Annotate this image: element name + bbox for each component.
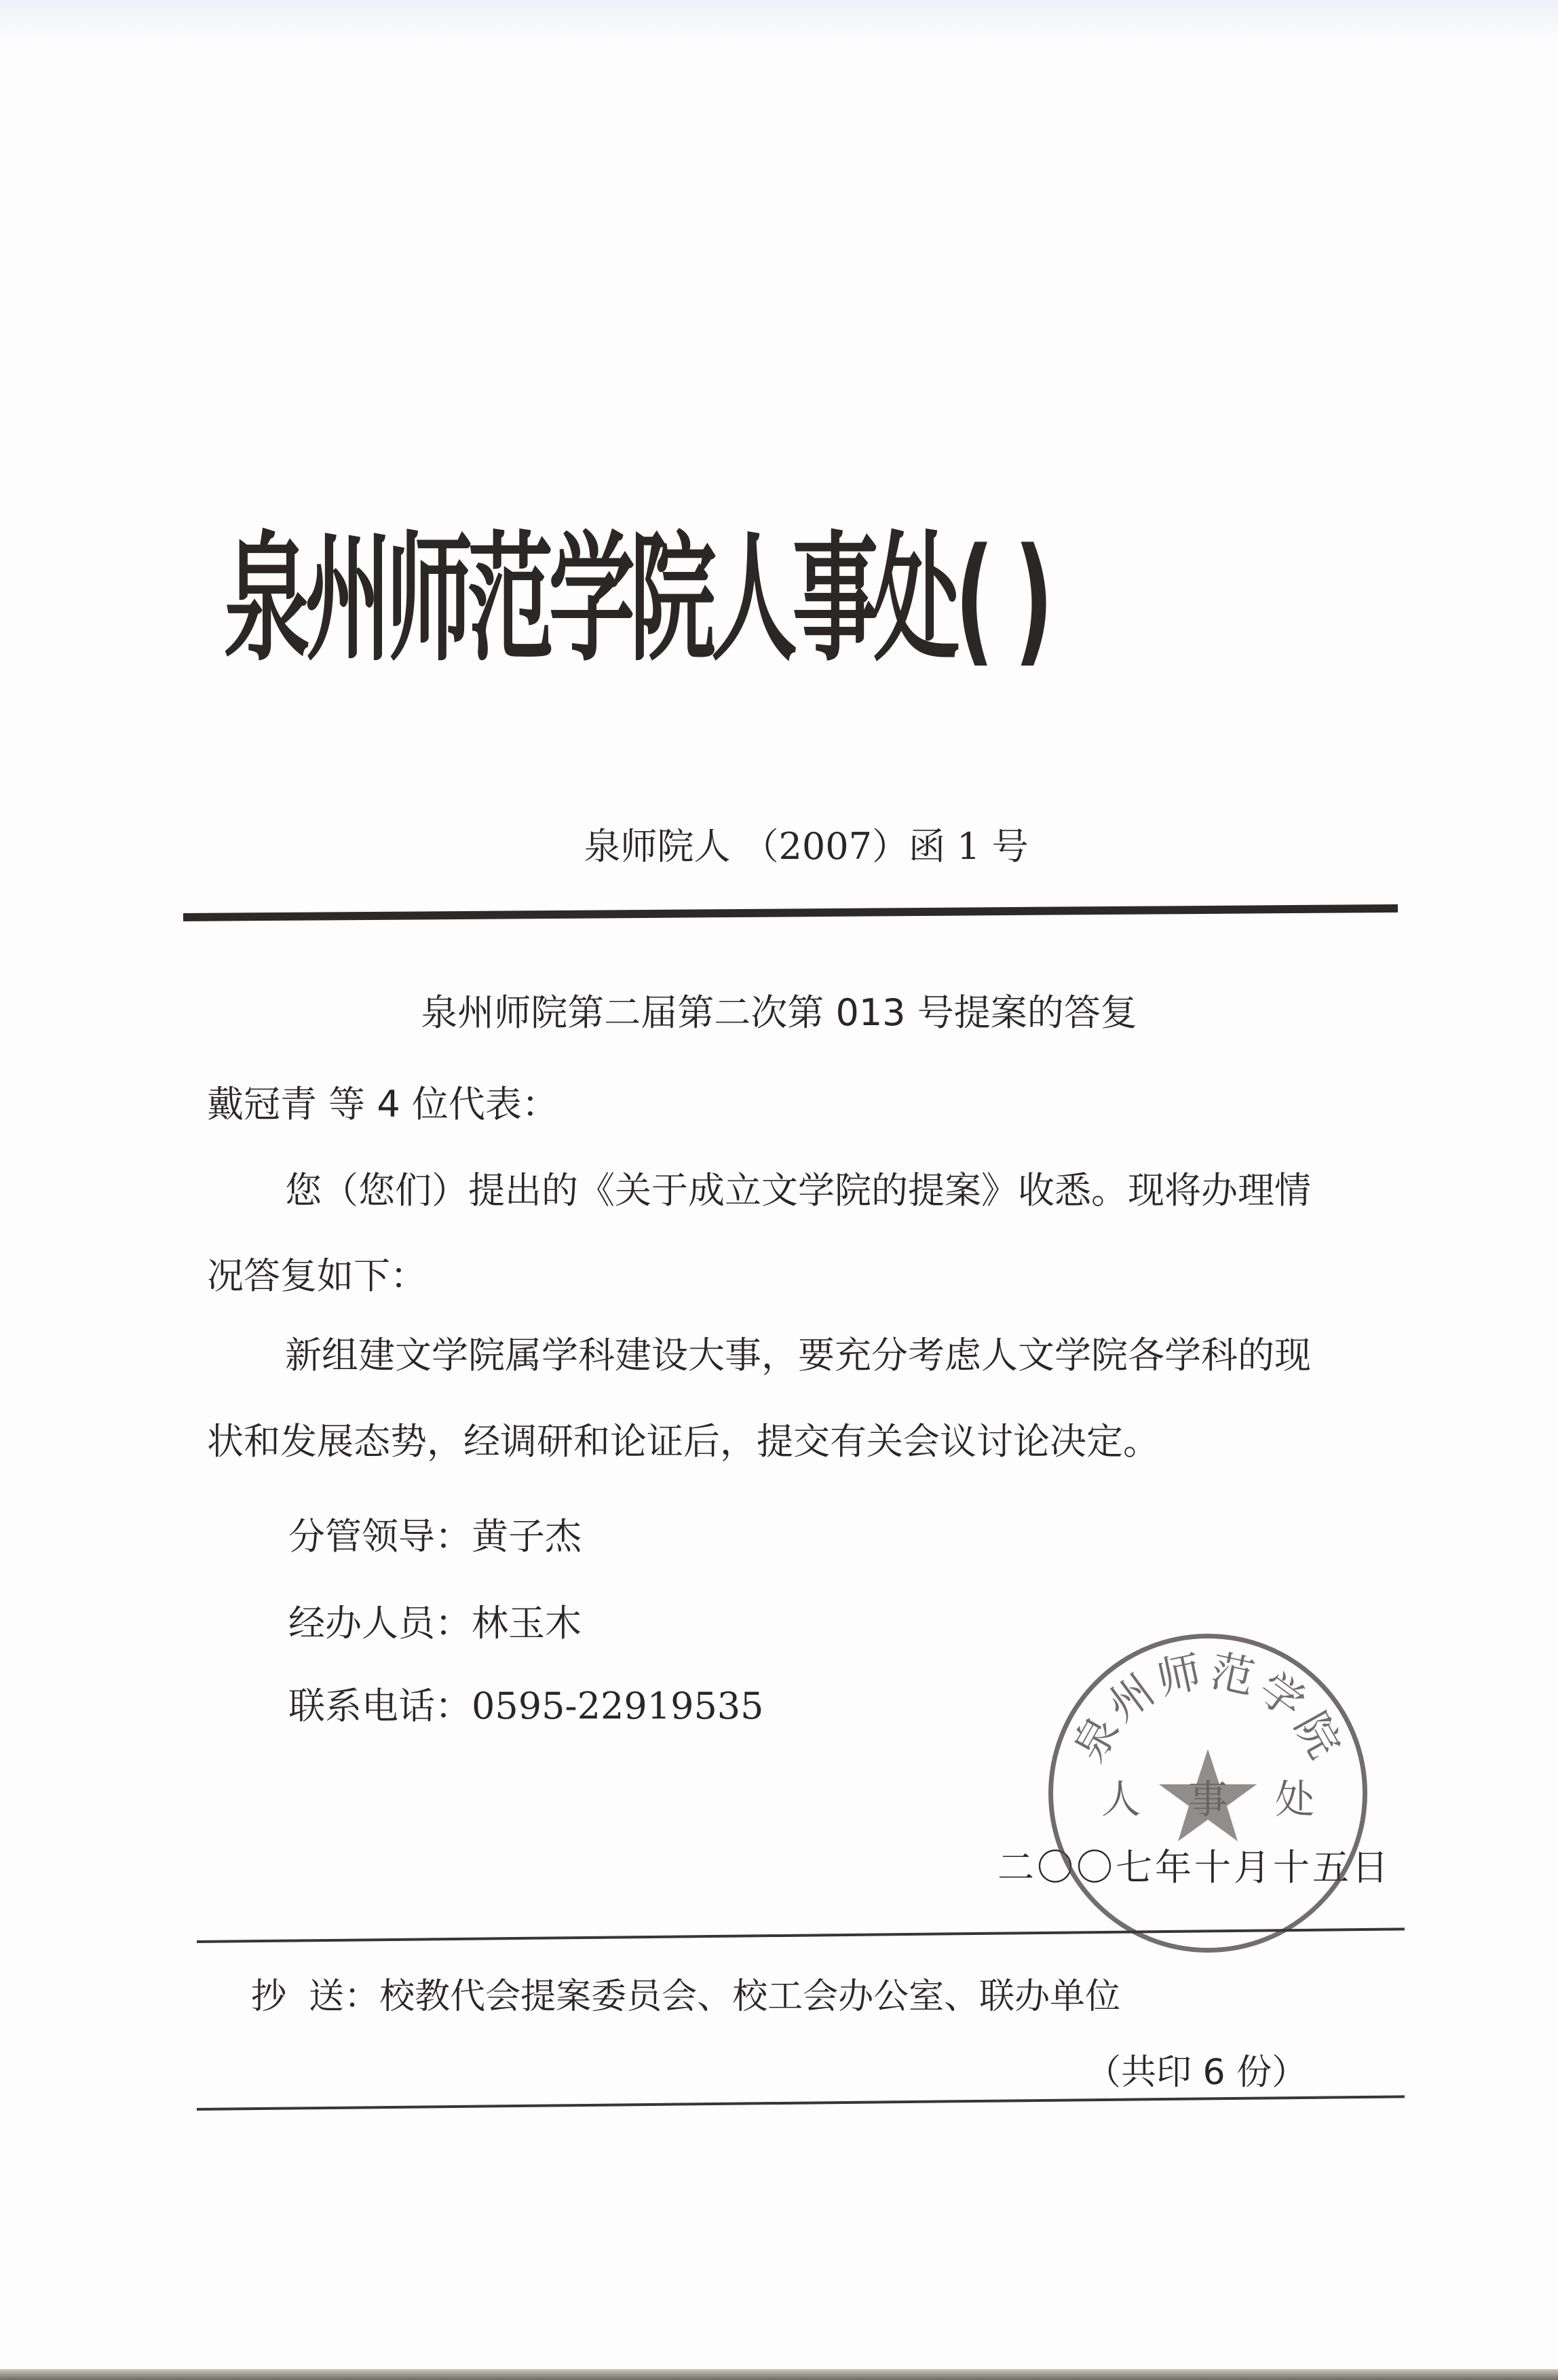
paragraph-1-line-1: 您（您们）提出的《关于成立文学院的提案》收悉。现将办理情 bbox=[285, 1162, 1479, 1214]
signature-phone: 联系电话：0595-22919535 bbox=[288, 1677, 764, 1729]
paragraph-2-line-1: 新组建文学院属学科建设大事，要充分考虑人文学院各学科的现 bbox=[285, 1326, 1479, 1379]
salutation: 戴冠青 等 4 位代表： bbox=[207, 1075, 1401, 1128]
signature-handler: 经办人员：林玉木 bbox=[288, 1594, 582, 1647]
signature-label: 联系电话： bbox=[288, 1685, 472, 1727]
scan-edge-bottom bbox=[0, 2369, 1558, 2380]
cc-label: 抄 送： bbox=[251, 1976, 379, 2017]
document-subject: 泉州师院第二届第二次第 013 号提案的答复 bbox=[0, 984, 1558, 1036]
signature-label: 经办人员： bbox=[288, 1602, 472, 1645]
signature-value: 林玉木 bbox=[472, 1602, 582, 1645]
seal-center-text: 人事处 bbox=[1053, 1767, 1363, 1824]
official-seal: 泉州师范学院 人事处 bbox=[1048, 1634, 1367, 1953]
masthead-title: 泉州师范学院人事处( ) bbox=[224, 487, 1048, 687]
copies-count: （共印 6 份） bbox=[1086, 2043, 1307, 2094]
header-divider bbox=[183, 904, 1398, 921]
masthead: 泉州师范学院人事处( ) bbox=[224, 499, 1377, 675]
signature-label: 分管领导： bbox=[288, 1515, 472, 1558]
scan-edge-top bbox=[0, 0, 1558, 41]
phone-number: 0595-22919535 bbox=[472, 1685, 764, 1727]
paragraph-2-line-2: 状和发展态势，经调研和论证后，提交有关会议讨论决定。 bbox=[207, 1413, 1401, 1465]
footer-divider-bottom bbox=[197, 2095, 1405, 2111]
paragraph-1-line-2: 况答复如下： bbox=[207, 1247, 1401, 1299]
signature-supervisor: 分管领导：黄子杰 bbox=[288, 1508, 582, 1560]
cc-recipients: 抄 送：校教代会提案委员会、校工会办公室、联办单位 bbox=[251, 1968, 1120, 2018]
signature-value: 黄子杰 bbox=[472, 1515, 582, 1558]
cc-list: 校教代会提案委员会、校工会办公室、联办单位 bbox=[379, 1976, 1120, 2017]
document-number: 泉师院人 （2007）函 1 号 bbox=[0, 818, 1558, 870]
